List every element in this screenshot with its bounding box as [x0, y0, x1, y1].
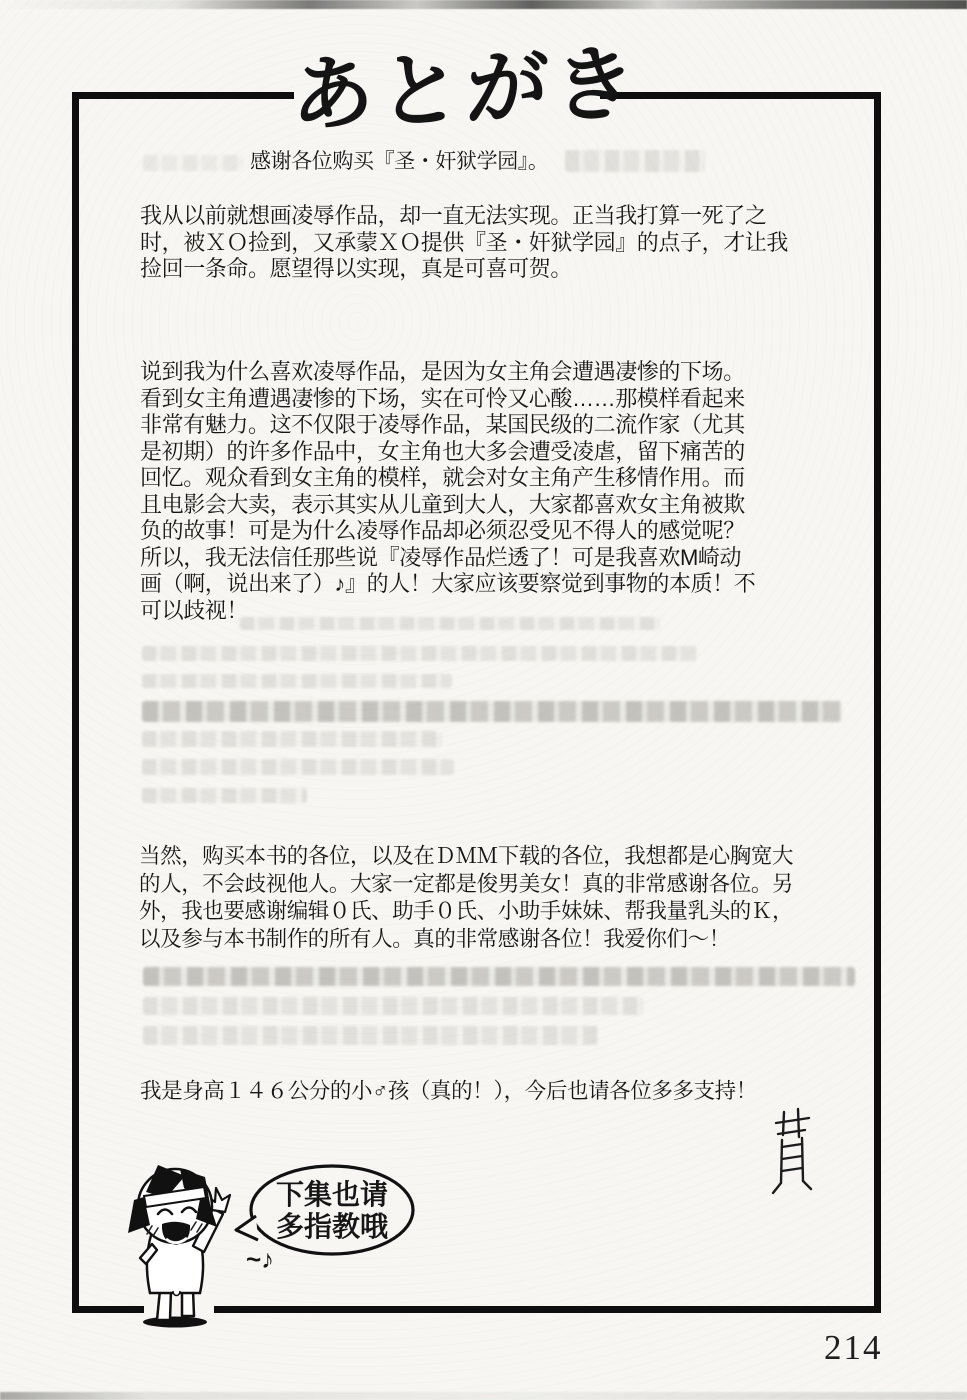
- paragraph-height-note: 我是身高１４６公分的小♂孩（真的！），今后也请各位多多支持！: [140, 1078, 757, 1105]
- erased-text-remnant: [142, 759, 454, 775]
- speech-bubble-line2: 多指教哦: [276, 1211, 389, 1242]
- erased-text-remnant: [240, 617, 660, 630]
- page-title: あとがき: [290, 32, 624, 154]
- erased-text-remnant: [143, 1026, 598, 1045]
- mascot-crotch-detail: [173, 1291, 180, 1296]
- paragraph-rescue-story: 我从以前就想画凌辱作品，却一直无法实现。正当我打算一死了之 时，被ＸＯ捡到，又承…: [140, 203, 788, 283]
- erased-text-remnant: [142, 788, 307, 803]
- erased-text-remnant: [143, 997, 643, 1015]
- border-gap-patch: [144, 1298, 214, 1316]
- erased-text-remnant: [565, 150, 705, 172]
- erased-text-remnant: [142, 674, 452, 688]
- author-signature: [768, 1106, 828, 1201]
- erased-text-remnant: [143, 155, 243, 171]
- paragraph-acknowledgements: 当然，购买本书的各位，以及在ＤＭＭ下载的各位，我想都是心胸宽大 的人，不会歧视他…: [139, 843, 793, 953]
- paragraph-thanks: 感谢各位购买『圣・奸狱学园』。: [250, 149, 549, 176]
- mascot-shadow: [143, 1317, 207, 1328]
- paragraph-essay: 说到我为什么喜欢凌辱作品，是因为女主角会遭遇凄惨的下场。 看到女主角遭遇凄惨的下…: [140, 359, 755, 624]
- page-number: 214: [824, 1328, 883, 1368]
- manga-afterword-page: あとがき 感谢各位购买『圣・奸狱学园』。 我从以前就想画凌辱作品，却一直无法实现…: [0, 0, 967, 1400]
- erased-text-remnant: [143, 967, 855, 986]
- speech-bubble-line1: 下集也请: [276, 1178, 388, 1210]
- erased-text-remnant: [142, 731, 442, 747]
- erased-text-remnant: [142, 646, 697, 661]
- musical-note-text: ~♪: [246, 1244, 274, 1274]
- scan-edge-top: [0, 0, 967, 9]
- erased-text-remnant: [142, 701, 842, 722]
- speech-bubble-tail: [236, 1216, 258, 1240]
- mascot-scene: 下集也请 多指教哦 ~♪: [100, 1140, 440, 1340]
- scan-edge-bottom: [0, 1392, 967, 1400]
